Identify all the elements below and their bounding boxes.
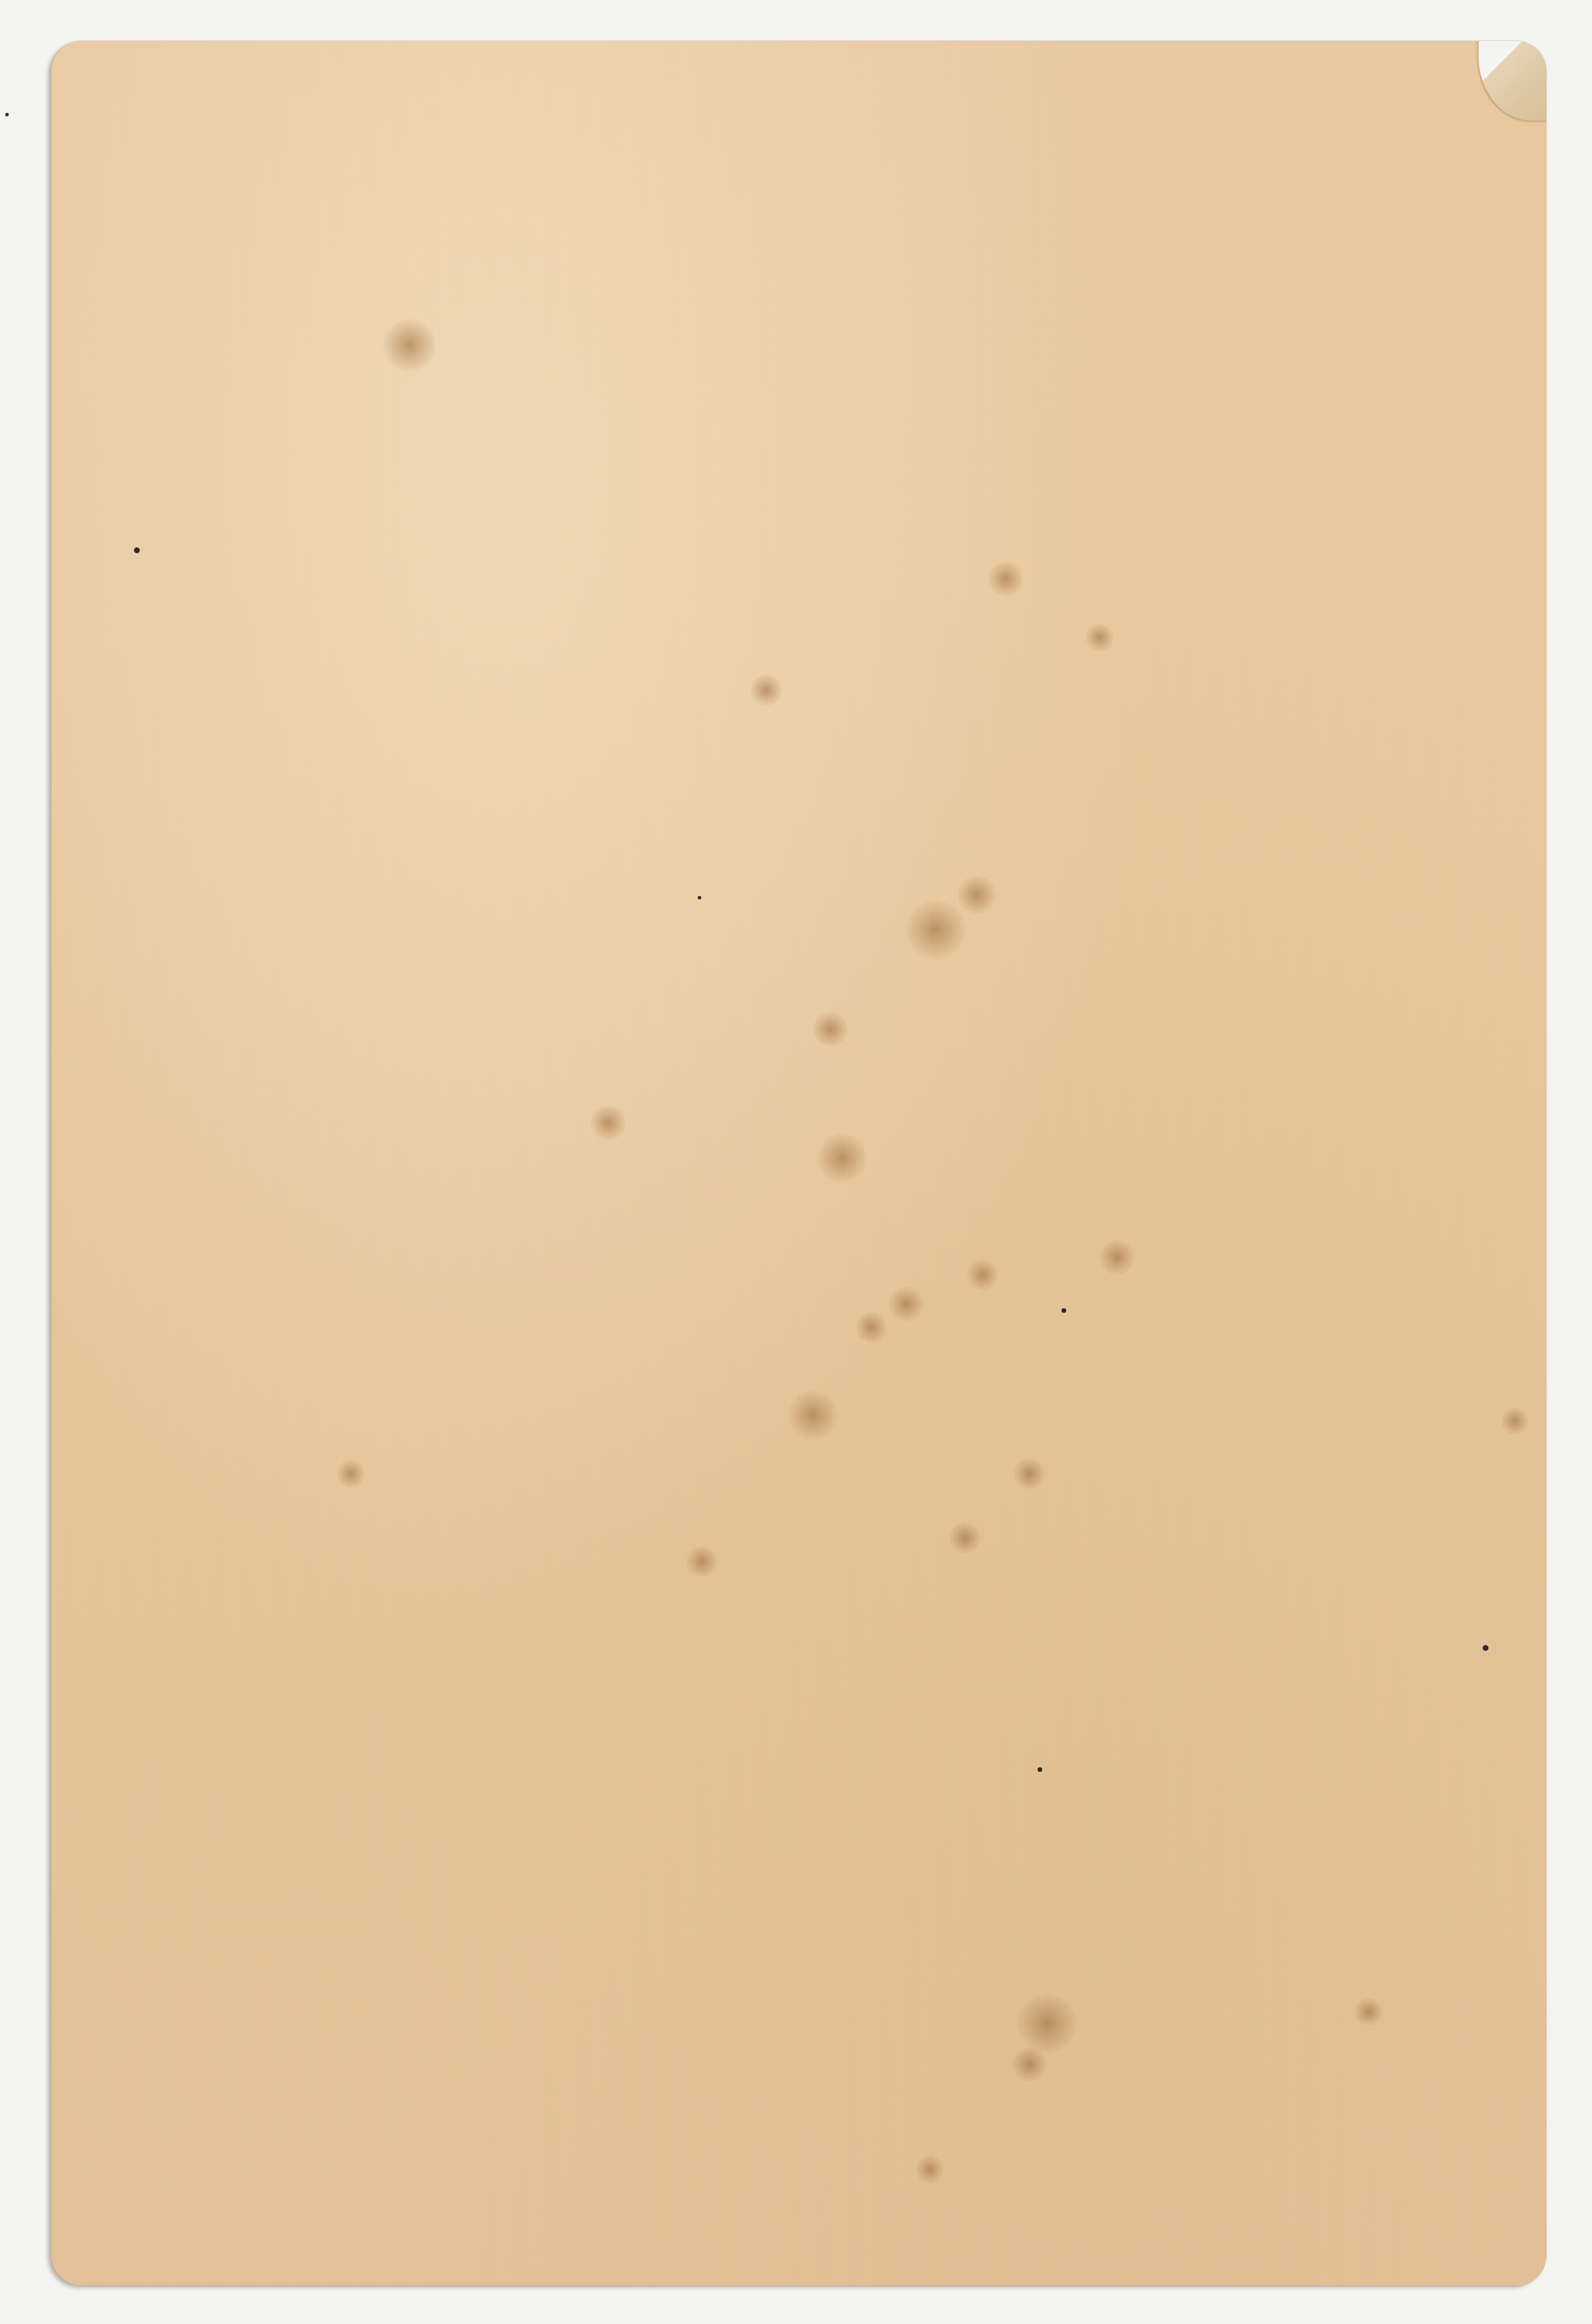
foxing-spot bbox=[889, 1287, 924, 1322]
foxing-spot bbox=[1100, 1240, 1135, 1275]
foxing-spot bbox=[591, 1105, 626, 1140]
foxing-spot bbox=[750, 674, 782, 706]
dust-speck bbox=[698, 896, 701, 899]
dust-speck bbox=[5, 113, 9, 116]
foxing-spot bbox=[788, 1391, 838, 1440]
dust-speck bbox=[1038, 1767, 1042, 1772]
foxing-spot bbox=[1014, 1458, 1045, 1489]
foxing-spot bbox=[906, 900, 966, 960]
foxing-spot bbox=[1017, 1994, 1077, 2053]
card-back bbox=[51, 41, 1546, 2285]
folded-corner bbox=[1479, 41, 1546, 120]
foxing-spot bbox=[1012, 2047, 1047, 2082]
foxing-spot bbox=[967, 1259, 998, 1291]
dust-speck bbox=[1062, 1308, 1066, 1313]
foxing-spot bbox=[818, 1133, 867, 1182]
foxing-spot bbox=[1501, 1407, 1529, 1435]
dust-speck bbox=[134, 547, 140, 553]
foxing-spot bbox=[957, 875, 996, 914]
foxing-spot bbox=[813, 1012, 848, 1047]
foxing-spot bbox=[949, 1522, 981, 1554]
foxing-spot bbox=[856, 1312, 887, 1343]
paper-texture bbox=[51, 41, 1546, 2285]
foxing-spot bbox=[916, 2156, 944, 2184]
dust-speck bbox=[1483, 1645, 1488, 1651]
foxing-spot bbox=[988, 561, 1024, 596]
foxing-spot bbox=[383, 319, 436, 371]
foxing-spot bbox=[337, 1460, 365, 1488]
foxing-spot bbox=[1086, 623, 1114, 651]
foxing-spot bbox=[686, 1546, 718, 1577]
foxing-spot bbox=[1355, 1998, 1383, 2026]
